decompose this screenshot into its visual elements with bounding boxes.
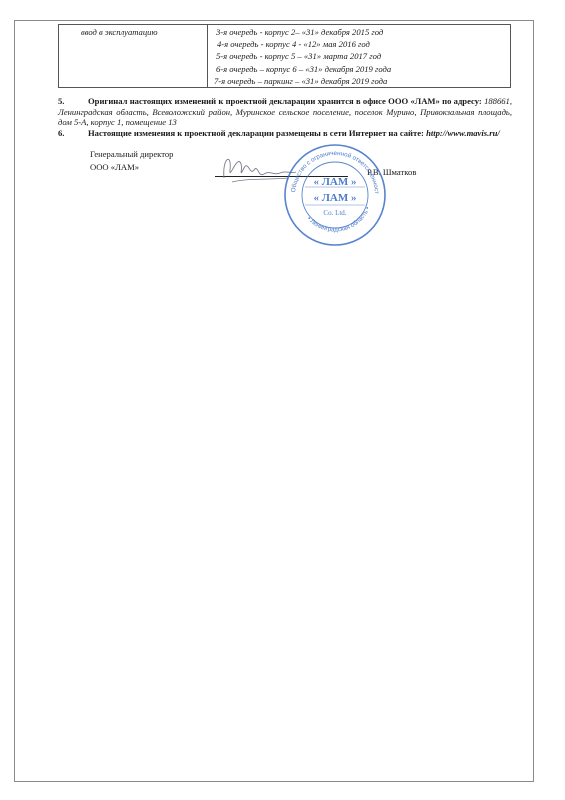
table-line: 5-я очередь - корпус 5 – «31» марта 2017… — [216, 50, 510, 62]
stamp-center-line3: Co. Ltd. — [323, 209, 346, 217]
commissioning-table: ввод в эксплуатацию 3-я очередь - корпус… — [58, 24, 511, 88]
table-line: 3-я очередь - корпус 2– «31» декабря 201… — [216, 26, 510, 38]
item-5-bold-text: Оригинал настоящих изменений к проектной… — [88, 96, 482, 106]
table-line: 6-я очередь – корпус 6 – «31» декабря 20… — [216, 63, 510, 75]
table-line: 7-я очередь – паркинг – «31» декабря 201… — [214, 75, 510, 87]
signer-title: Генеральный директор — [90, 149, 173, 159]
stamp-center-line2: « ЛАМ » — [313, 192, 356, 204]
stamp-center-line1: « ЛАМ » — [313, 176, 356, 188]
website-link[interactable]: http://www.mavis.ru/ — [426, 128, 500, 138]
item-5-paragraph: 5.Оригинал настоящих изменений к проектн… — [58, 96, 512, 128]
item-6-paragraph: 6.Настоящие изменения к проектной деклар… — [58, 128, 512, 139]
item-number: 5. — [58, 96, 88, 107]
item-6-bold-text: Настоящие изменения к проектной декларац… — [88, 128, 424, 138]
table-value-cell: 3-я очередь - корпус 2– «31» декабря 201… — [208, 25, 510, 87]
table-line: 4-я очередь - корпус 4 - «12» мая 2016 г… — [216, 38, 510, 50]
company-seal-icon: Общество с ограниченной ответственностью… — [283, 143, 387, 247]
item-number: 6. — [58, 128, 88, 139]
signer-company: ООО «ЛАМ» — [90, 162, 139, 172]
table-label-cell: ввод в эксплуатацию — [59, 25, 208, 87]
